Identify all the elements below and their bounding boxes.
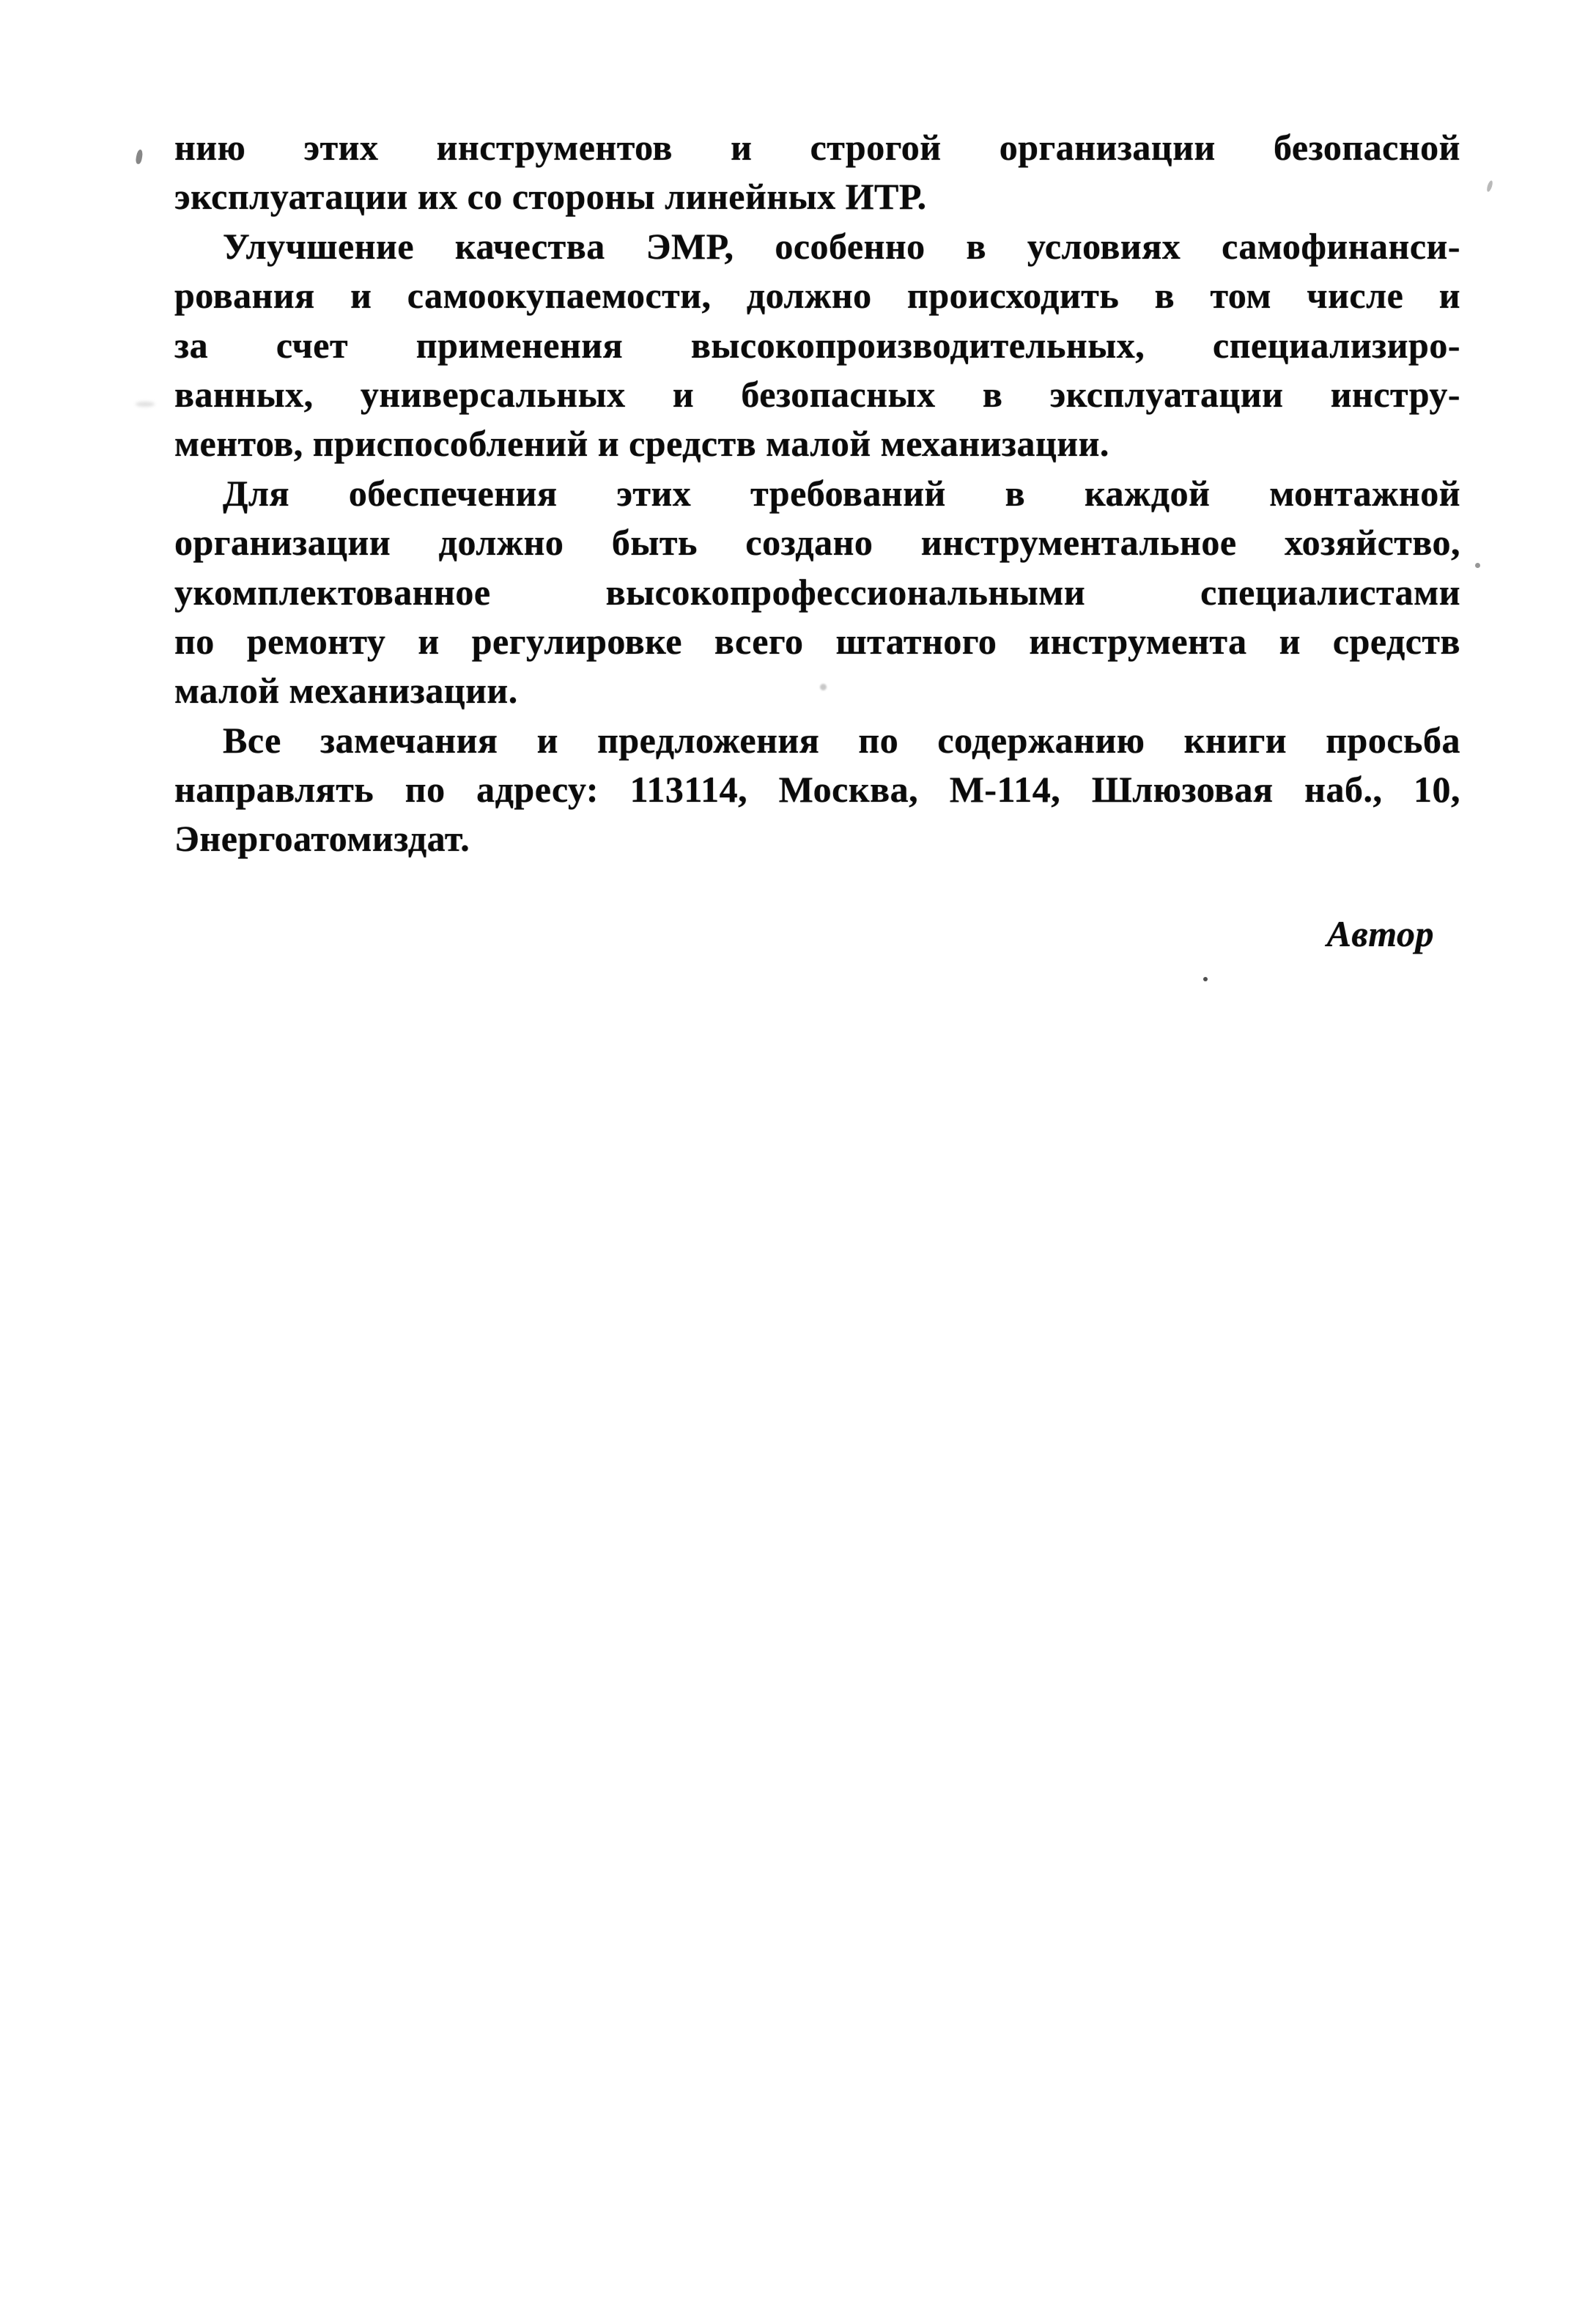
text-line: рования и самоокупаемости, должно происх… xyxy=(174,271,1460,320)
text-line: Энергоатомиздат. xyxy=(174,814,1460,863)
text-line: Все замечания и предложения по содержани… xyxy=(174,716,1460,765)
scanned-page: нию этих инструментов и строгой организа… xyxy=(0,0,1596,2313)
text-line: ментов, приспособлений и средств малой м… xyxy=(174,419,1460,468)
paragraph: Все замечания и предложения по содержани… xyxy=(174,716,1460,864)
text-line: укомплектованное высокопрофессиональными… xyxy=(174,568,1460,617)
text-line: организации должно быть создано инструме… xyxy=(174,518,1460,567)
author-signature: Автор xyxy=(174,910,1460,959)
paragraph: Для обеспечения этих требований в каждой… xyxy=(174,469,1460,716)
paragraph: Улучшение качества ЭМР, особенно в услов… xyxy=(174,222,1460,469)
scan-artifact-comma xyxy=(135,149,143,164)
text-line: малой механизации. xyxy=(174,666,1460,715)
scan-artifact-apostrophe xyxy=(1486,180,1494,192)
text-line: за счет применения высокопроизводительны… xyxy=(174,321,1460,370)
text-line: по ремонту и регулировке всего штатного … xyxy=(174,617,1460,666)
paragraph: нию этих инструментов и строгой организа… xyxy=(174,123,1460,222)
scan-artifact-smudge xyxy=(136,402,155,407)
text-line: Для обеспечения этих требований в каждой… xyxy=(174,469,1460,518)
scan-artifact-dot xyxy=(1475,563,1480,568)
text-line: Улучшение качества ЭМР, особенно в услов… xyxy=(174,222,1460,271)
text-line: эксплуатации их со стороны линейных ИТР. xyxy=(174,172,1460,221)
text-line: нию этих инструментов и строгой организа… xyxy=(174,123,1460,172)
text-line: ванных, универсальных и безопасных в экс… xyxy=(174,370,1460,419)
text-block: нию этих инструментов и строгой организа… xyxy=(174,123,1460,959)
scan-artifact-dot xyxy=(1203,977,1208,981)
text-line: направлять по адресу: 113114, Москва, М-… xyxy=(174,765,1460,814)
